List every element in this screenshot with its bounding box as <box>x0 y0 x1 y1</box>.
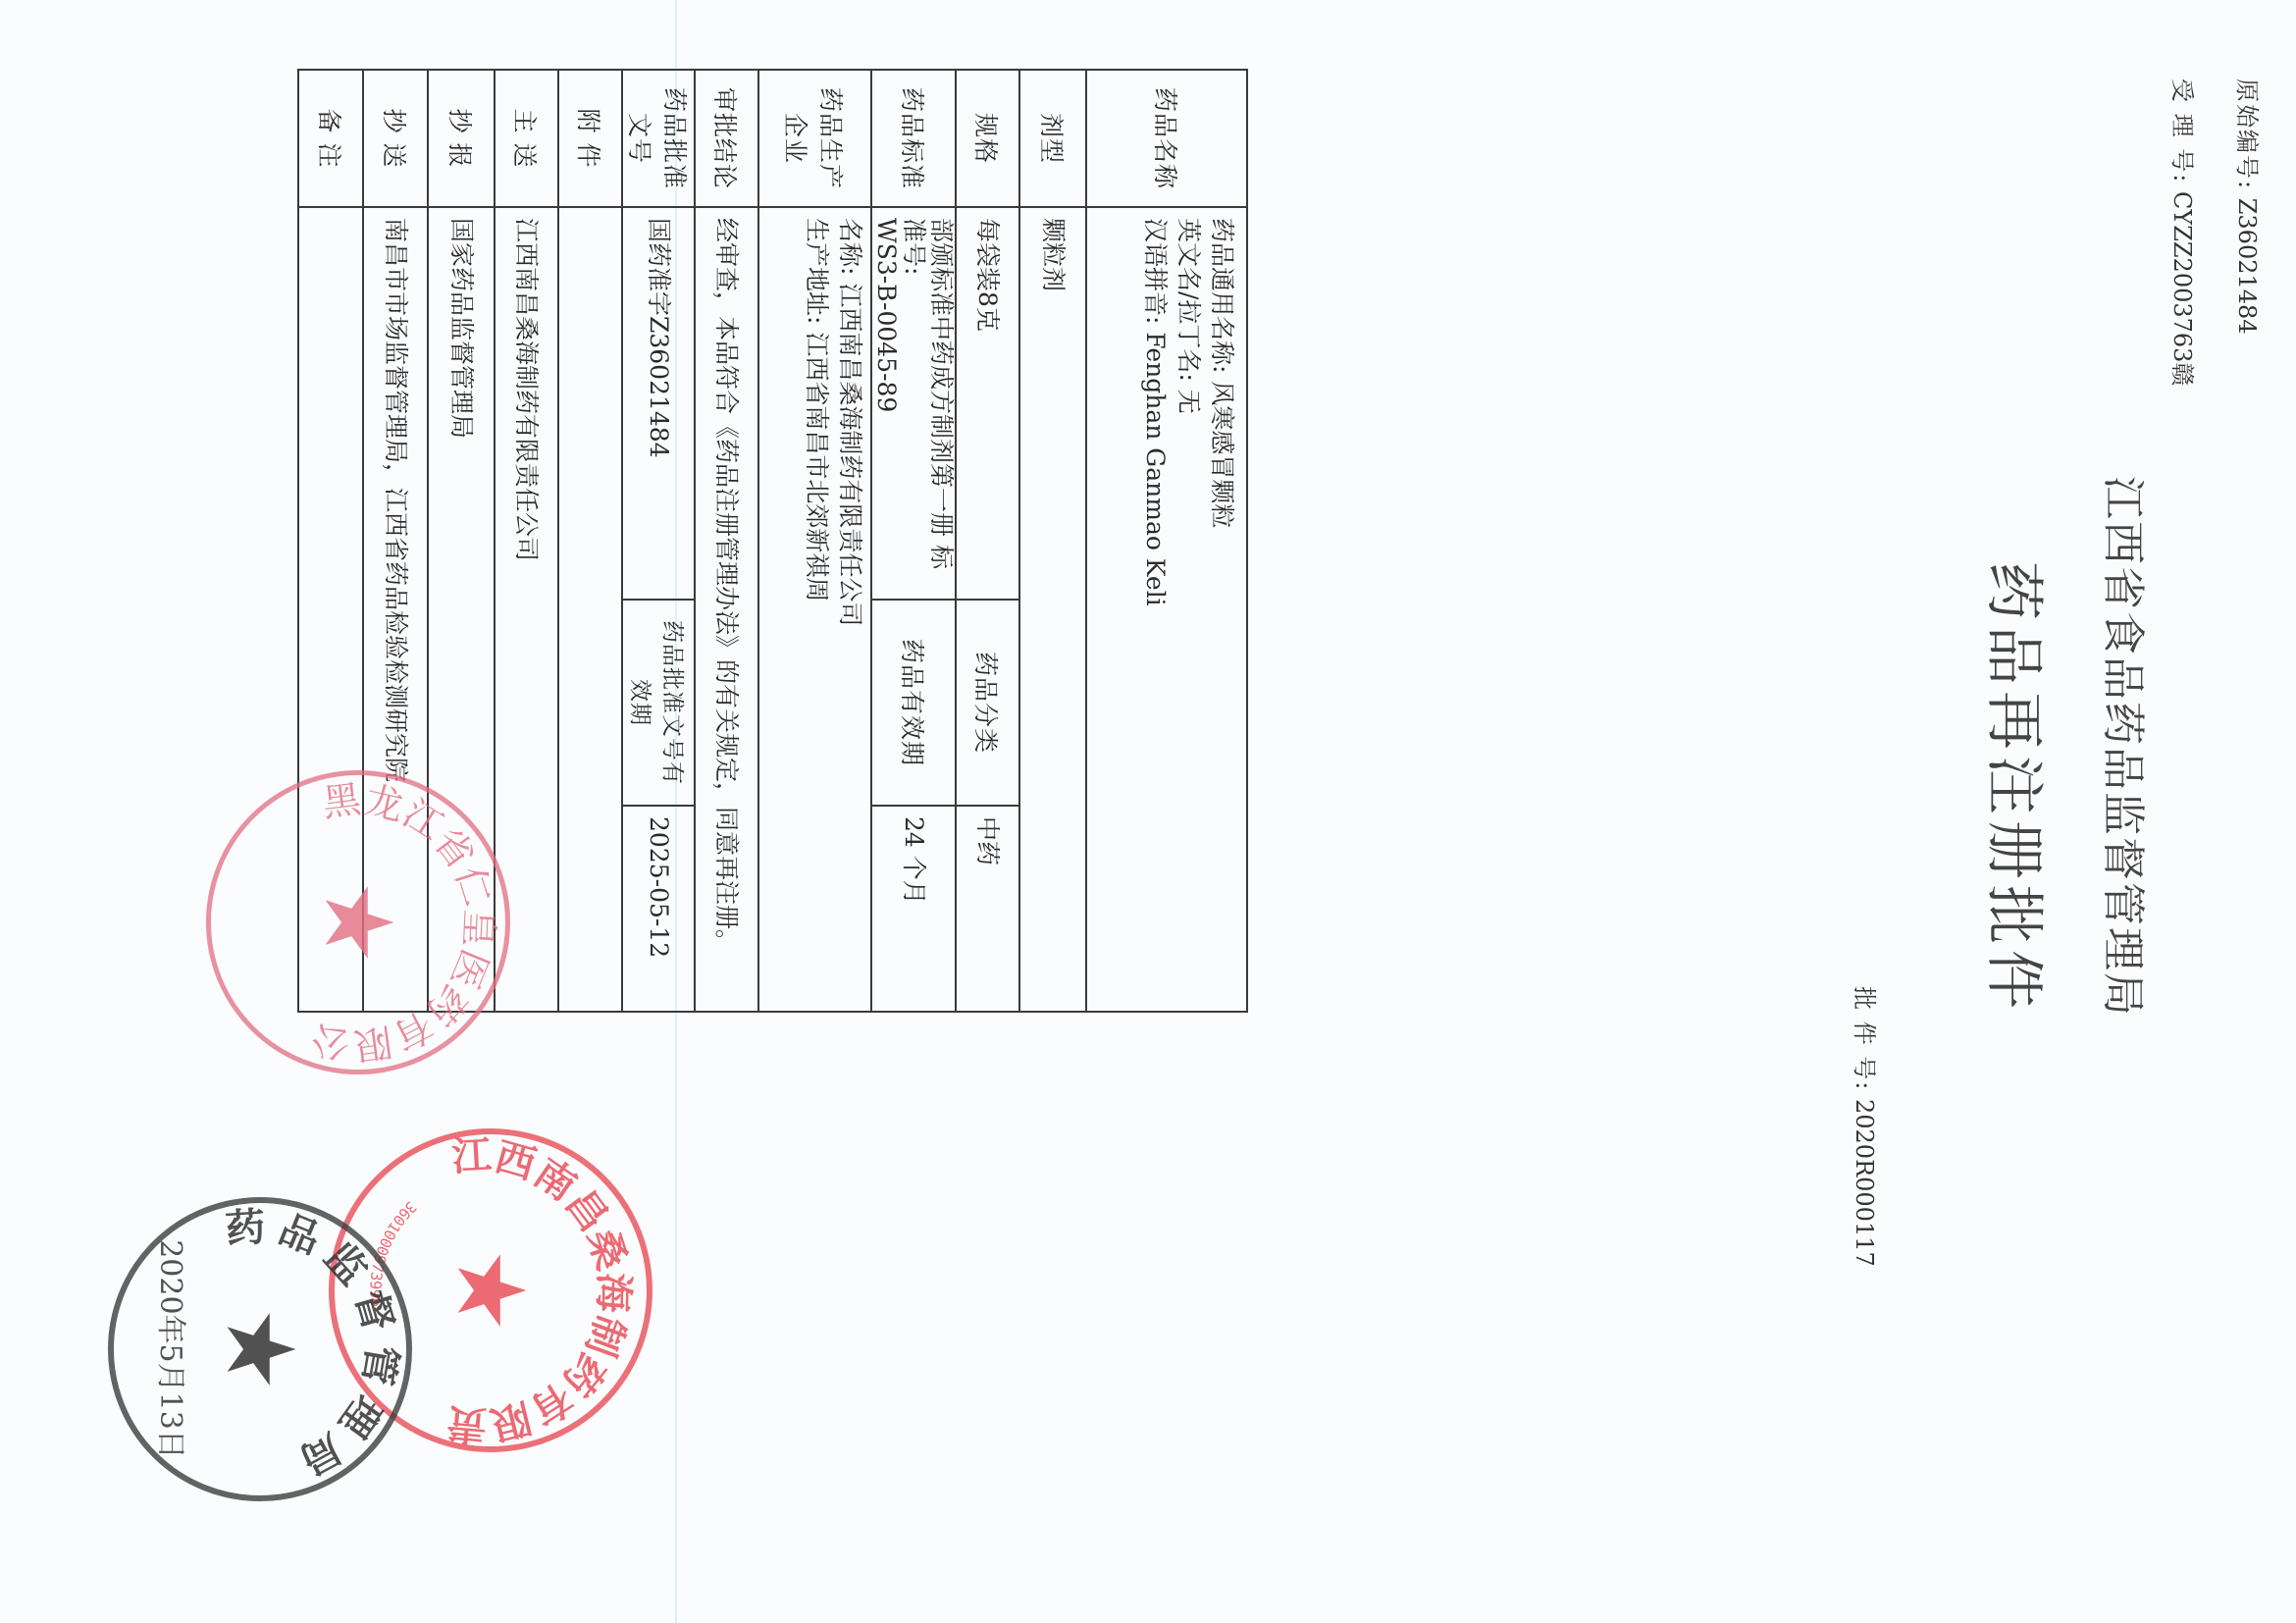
generic-name: 药品通用名称: 风寒感冒颗粒 <box>1205 218 1238 1001</box>
approval-number: 批 件 号: 2020R000117 <box>1850 986 1884 1267</box>
row-manufacturer: 药品生产企业 名称: 江西南昌桑海制药有限责任公司 生产地址: 江西省南昌市北郊… <box>758 70 871 1012</box>
seal-date: 2020年5月13日 <box>152 1203 195 1495</box>
acceptance-number-label: 受 理 号: <box>2168 79 2196 183</box>
standard-line-1: 部颁标准中药成方制剂第一册 标准号: <box>900 218 955 589</box>
row-attachment: 附 件 <box>558 70 622 1012</box>
remarks-label: 备 注 <box>298 70 363 207</box>
heilongjiang-company-seal: 黑龙江省仁皇医药有限公司 ★ <box>206 770 510 1074</box>
original-number-value: Z36021484 <box>2233 198 2261 335</box>
approval-number-label-cell: 药品批准文号 <box>622 70 695 207</box>
english-latin-name: 英文名/拉丁名: 无 <box>1172 218 1205 1001</box>
original-number-label: 原始编号: <box>2233 79 2261 190</box>
star-icon: ★ <box>444 1248 538 1333</box>
dosage-form-value: 颗粒剂 <box>1019 207 1086 1012</box>
row-approval-number: 药品批准文号 国药准字Z36021484 药品批准文号有效期 2025-05-1… <box>622 70 695 1012</box>
approval-validity-value: 2025-05-12 <box>622 806 695 1012</box>
shelf-life-label: 药品有效期 <box>871 600 956 806</box>
standard-line-2: WS3-B-0045-89 <box>872 218 900 589</box>
conclusion-value: 经审查，本品符合《药品注册管理办法》的有关规定，同意再注册。 <box>695 207 758 1012</box>
star-icon: ★ <box>213 1307 307 1391</box>
star-icon: ★ <box>311 880 405 965</box>
row-specification: 规格 每袋装8克 药品分类 中药 <box>956 70 1019 1012</box>
manufacturer-address: 生产地址: 江西省南昌市北郊新祺周 <box>800 218 833 1001</box>
shelf-life-value: 24 个月 <box>871 806 956 1012</box>
acceptance-number: 受 理 号: CYZZ2003763赣 <box>2167 79 2202 386</box>
original-number: 原始编号: Z36021484 <box>2232 79 2267 335</box>
authority-seal: 药品监督管理局 ★ 2020年5月13日 <box>108 1197 412 1501</box>
row-standard: 药品标准 部颁标准中药成方制剂第一册 标准号: WS3-B-0045-89 药品… <box>871 70 956 1012</box>
row-conclusion: 审批结论 经审查，本品符合《药品注册管理办法》的有关规定，同意再注册。 <box>695 70 758 1012</box>
pinyin-name: 汉语拼音: Fenghan Ganmao Keli <box>1138 218 1172 1001</box>
copy-to-label: 抄 送 <box>363 70 428 207</box>
manufacturer-value: 名称: 江西南昌桑海制药有限责任公司 生产地址: 江西省南昌市北郊新祺周 <box>758 207 871 1012</box>
attachment-label: 附 件 <box>558 70 622 207</box>
drug-name-value: 药品通用名称: 风寒感冒颗粒 英文名/拉丁名: 无 汉语拼音: Fenghan … <box>1086 207 1247 1012</box>
approval-document-page: 原始编号: Z36021484 受 理 号: CYZZ2003763赣 江西省食… <box>0 0 2296 1623</box>
approval-validity-label: 药品批准文号有效期 <box>622 600 695 806</box>
row-drug-name: 药品名称 药品通用名称: 风寒感冒颗粒 英文名/拉丁名: 无 汉语拼音: Fen… <box>1086 70 1247 1012</box>
drug-category-value: 中药 <box>956 806 1019 1012</box>
drug-name-label: 药品名称 <box>1086 70 1247 207</box>
conclusion-label: 审批结论 <box>695 70 758 207</box>
attachment-value <box>558 207 622 1012</box>
manufacturer-name: 名称: 江西南昌桑海制药有限责任公司 <box>833 218 866 1001</box>
document-title: 药品再注册批件 <box>1976 561 2061 1015</box>
approval-number-label: 批 件 号: <box>1851 986 1878 1091</box>
specification-label: 规格 <box>956 70 1019 207</box>
approval-number-value: 2020R000117 <box>1851 1099 1878 1267</box>
approval-number-value-cell: 国药准字Z36021484 <box>622 207 695 600</box>
acceptance-number-value: CYZZ2003763赣 <box>2168 191 2196 386</box>
main-recipient-label: 主 送 <box>495 70 558 207</box>
manufacturer-label: 药品生产企业 <box>758 70 871 207</box>
issuing-agency: 江西省食品药品监督管理局 <box>2096 476 2159 1018</box>
standard-label: 药品标准 <box>871 70 956 207</box>
standard-value: 部颁标准中药成方制剂第一册 标准号: WS3-B-0045-89 <box>871 207 956 600</box>
dosage-form-label: 剂型 <box>1019 70 1086 207</box>
report-to-label: 抄 报 <box>428 70 495 207</box>
drug-category-label: 药品分类 <box>956 600 1019 806</box>
row-dosage-form: 剂型 颗粒剂 <box>1019 70 1086 1012</box>
specification-value: 每袋装8克 <box>956 207 1019 600</box>
